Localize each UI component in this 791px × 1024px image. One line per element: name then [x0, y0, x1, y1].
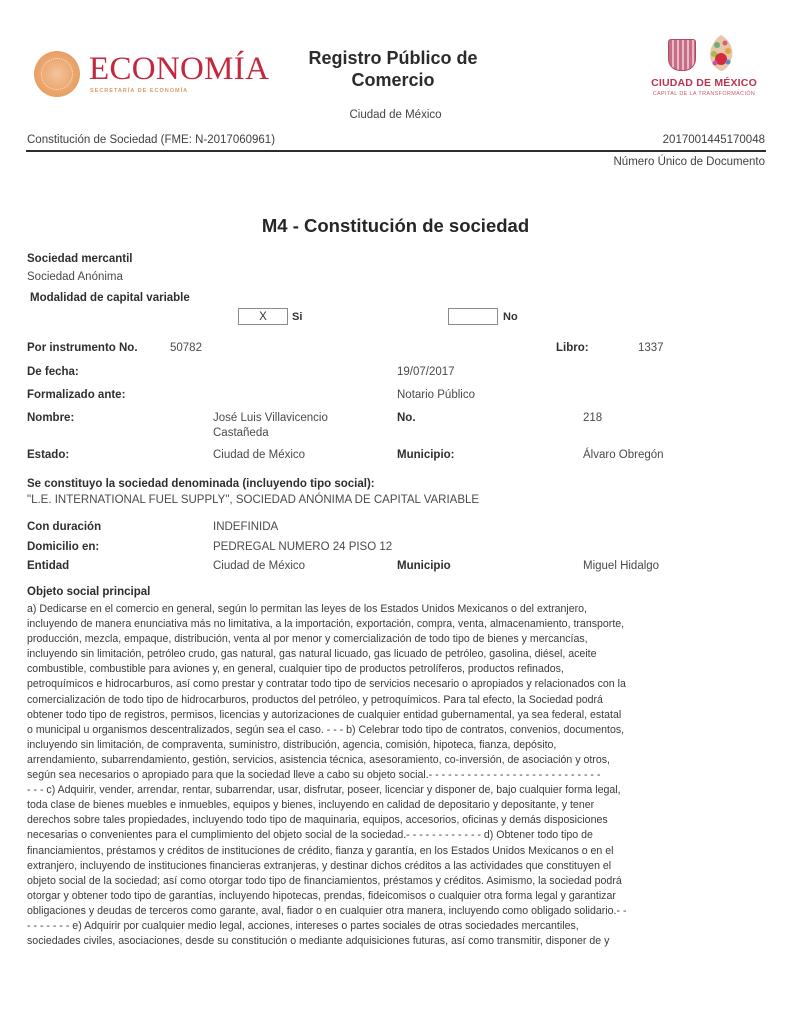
- objeto-social-line: obtener todo tipo de registros, permisos…: [27, 708, 767, 723]
- entidad-label: Entidad: [27, 560, 69, 572]
- objeto-social-line: petroquímicos e hidrocarburos, así como …: [27, 677, 767, 692]
- instrumento-label: Por instrumento No.: [27, 342, 138, 354]
- domicilio-label: Domicilio en:: [27, 541, 99, 553]
- objeto-social-line: sociedades civiles, asociaciones, desde …: [27, 934, 767, 949]
- modalidad-label: Modalidad de capital variable: [30, 292, 190, 304]
- objeto-social-line: extranjero, incluyendo de instituciones …: [27, 859, 767, 874]
- objeto-social-line: obligaciones y deudas de terceros como g…: [27, 904, 767, 919]
- objeto-social-line: o municipal u organismos descentralizado…: [27, 723, 767, 738]
- cdmx-subtitle: CAPITAL DE LA TRANSFORMACIÓN: [642, 91, 766, 97]
- modalidad-no-checkbox[interactable]: [448, 308, 498, 325]
- document-number: 201700144517004​8: [663, 134, 765, 146]
- nombre-value-line2: Castañeda: [213, 427, 269, 439]
- sociedad-mercantil-label: Sociedad mercantil: [27, 253, 132, 265]
- denominacion-value: "L.E. INTERNATIONAL FUEL SUPPLY", SOCIED…: [27, 494, 479, 506]
- registry-title-line2: Comercio: [288, 69, 498, 91]
- objeto-social-line: a) Dedicarse en el comercio en general, …: [27, 602, 767, 617]
- economia-subtitle: SECRETARÍA DE ECONOMÍA: [90, 88, 188, 94]
- duracion-value: INDEFINIDA: [213, 521, 278, 533]
- registry-title: Registro Público de Comercio: [288, 47, 498, 91]
- objeto-social-line: derechos sobre tales propiedades, incluy…: [27, 813, 767, 828]
- objeto-social-text: a) Dedicarse en el comercio en general, …: [27, 602, 767, 949]
- modalidad-si-label: Si: [292, 311, 302, 323]
- objeto-social-line: producción, mezcla, empaque, distribució…: [27, 632, 767, 647]
- notario-no-value: 218: [583, 412, 602, 424]
- objeto-social-line: combustible, combustible para aviones y,…: [27, 662, 767, 677]
- domicilio-value: PEDREGAL NUMERO 24 PISO 12: [213, 541, 392, 553]
- libro-label: Libro:: [556, 342, 589, 354]
- objeto-social-line: necesarias o convenientes para el cumpli…: [27, 828, 767, 843]
- form-title: M4 - Constitución de sociedad: [0, 215, 791, 237]
- registry-title-line1: Registro Público de: [288, 47, 498, 69]
- instrumento-value: 50782: [170, 342, 202, 354]
- objeto-social-line: - - - - - - - e) Adquirir por cualquier …: [27, 919, 767, 934]
- objeto-social-line: comercialización de todo tipo de hidroca…: [27, 693, 767, 708]
- nombre-value-line1: José Luis Villavicencio: [213, 412, 328, 424]
- document-number-label: Número Único de Documento: [614, 156, 766, 168]
- economia-wordmark: ECONOMÍA: [89, 50, 269, 88]
- denominacion-label: Se constituyo la sociedad denominada (in…: [27, 478, 375, 490]
- entidad-municipio-value: Miguel Hidalgo: [583, 560, 659, 572]
- header-divider: [26, 150, 766, 152]
- entidad-municipio-label: Municipio: [397, 560, 451, 572]
- objeto-social-line: incluyendo de manera enunciativa más no …: [27, 617, 767, 632]
- economia-logo: ECONOMÍA SECRETARÍA DE ECONOMÍA: [34, 50, 264, 106]
- estado-value: Ciudad de México: [213, 449, 305, 461]
- modalidad-no-label: No: [503, 311, 518, 323]
- formalizado-label: Formalizado ante:: [27, 389, 125, 401]
- coat-of-arms-seal-icon: [34, 51, 80, 97]
- fecha-value: 19/07/2017: [397, 366, 455, 378]
- objeto-social-line: otorgar y obtener todo tipo de garantías…: [27, 889, 767, 904]
- objeto-social-line: financiamientos, préstamos y créditos de…: [27, 844, 767, 859]
- libro-value: 1337: [638, 342, 664, 354]
- notario-no-label: No.: [397, 412, 416, 424]
- cdmx-floral-emblem-icon: [706, 33, 736, 73]
- municipio-value: Álvaro Obregón: [583, 449, 664, 461]
- formalizado-value: Notario Público: [397, 389, 475, 401]
- estado-label: Estado:: [27, 449, 69, 461]
- cdmx-logo: CIUDAD DE MÉXICO CAPITAL DE LA TRANSFORM…: [642, 33, 766, 105]
- cdmx-name: CIUDAD DE MÉXICO: [642, 77, 766, 89]
- cdmx-shield-icon: [668, 39, 696, 71]
- objeto-social-line: - - - c) Adquirir, vender, arrendar, ren…: [27, 783, 767, 798]
- objeto-social-line: toda clase de bienes muebles e inmuebles…: [27, 798, 767, 813]
- objeto-social-line: objeto social de la sociedad; así como o…: [27, 874, 767, 889]
- objeto-social-line: arrendamiento, subarrendamiento, gestión…: [27, 753, 767, 768]
- registry-location: Ciudad de México: [288, 109, 503, 121]
- document-reference: Constitución de Sociedad (FME: N-2017060…: [27, 134, 275, 146]
- objeto-social-line: incluyendo sin limitación, de compravent…: [27, 738, 767, 753]
- objeto-social-heading: Objeto social principal: [27, 586, 150, 598]
- objeto-social-line: según sea necesarios o apropiado para qu…: [27, 768, 767, 783]
- municipio-label: Municipio:: [397, 449, 455, 461]
- nombre-label: Nombre:: [27, 412, 74, 424]
- entidad-value: Ciudad de México: [213, 560, 305, 572]
- fecha-label: De fecha:: [27, 366, 79, 378]
- objeto-social-line: incluyendo sin limitación, petróleo crud…: [27, 647, 767, 662]
- duracion-label: Con duración: [27, 521, 101, 533]
- sociedad-mercantil-value: Sociedad Anónima: [27, 271, 123, 283]
- modalidad-si-checkbox[interactable]: X: [238, 308, 288, 325]
